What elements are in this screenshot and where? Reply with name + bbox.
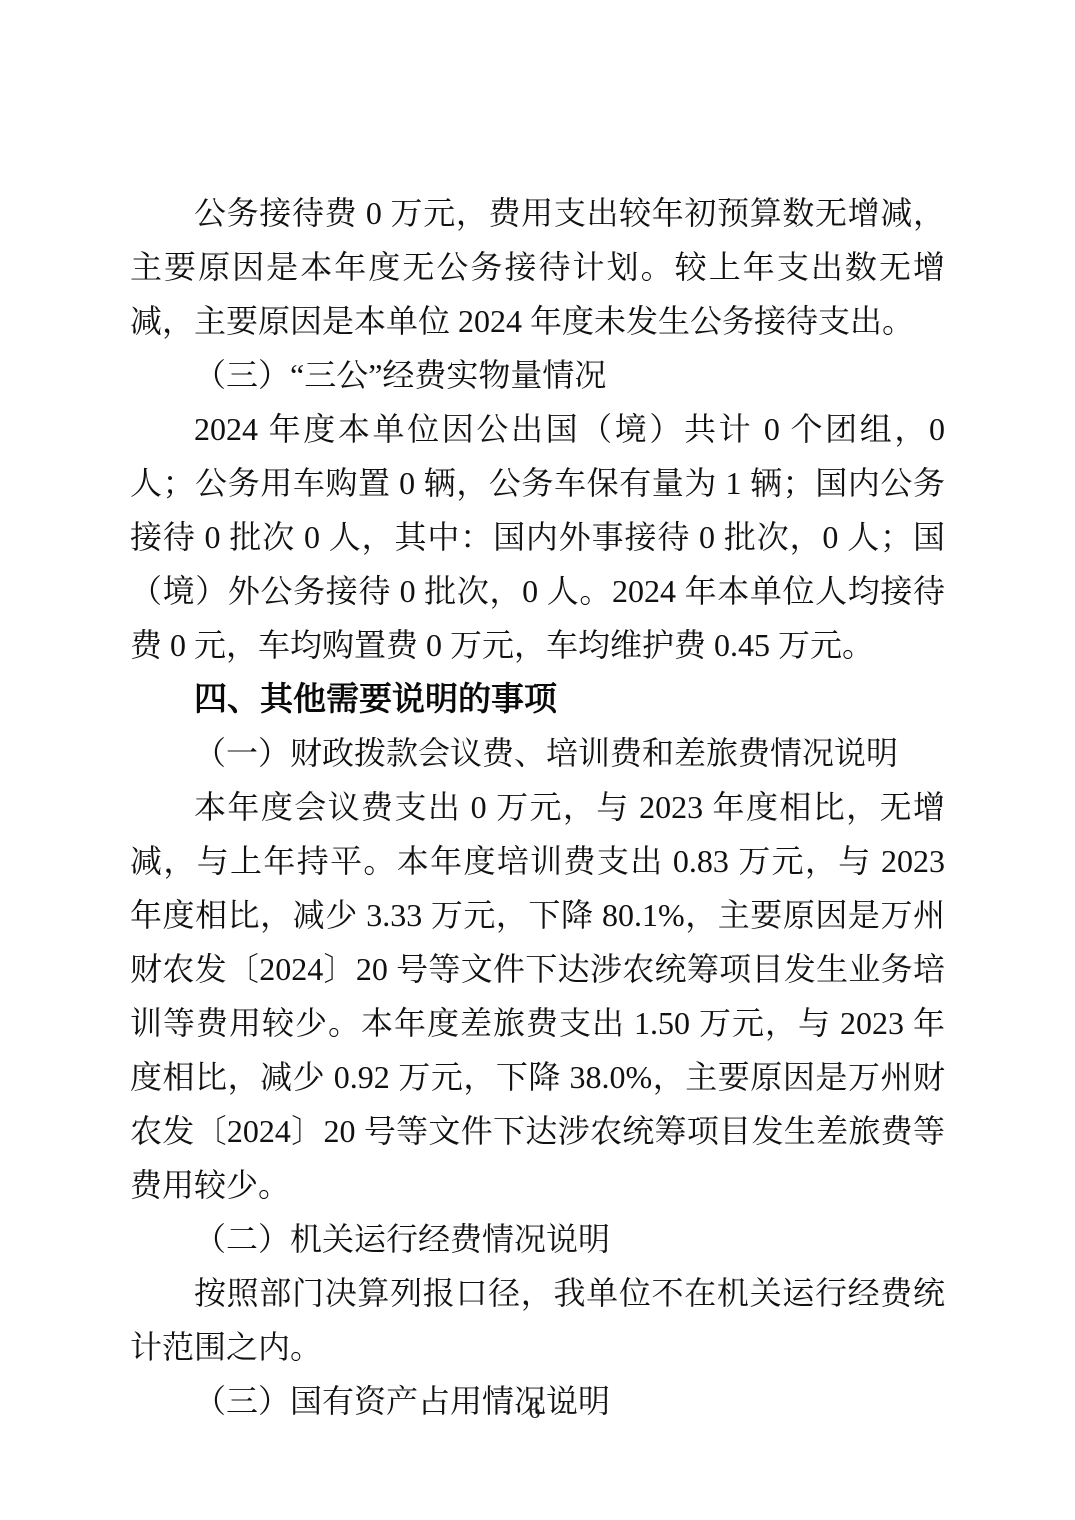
paragraph-official-reception-expense: 公务接待费 0 万元，费用支出较年初预算数无增减，主要原因是本年度无公务接待计划… [130,186,945,348]
paragraph-agency-operating-expense-details: 按照部门决算列报口径，我单位不在机关运行经费统计范围之内。 [130,1266,945,1374]
paragraph-physical-quantity-details: 2024 年度本单位因公出国（境）共计 0 个团组，0 人；公务用车购置 0 辆… [130,402,945,672]
heading-section-four-other-matters: 四、其他需要说明的事项 [130,672,945,726]
document-body: 公务接待费 0 万元，费用支出较年初预算数无增减，主要原因是本年度无公务接待计划… [130,186,945,1428]
heading-agency-operating-expense: （二）机关运行经费情况说明 [130,1212,945,1266]
heading-meeting-training-travel-expense: （一）财政拨款会议费、培训费和差旅费情况说明 [130,726,945,780]
paragraph-meeting-training-travel-details: 本年度会议费支出 0 万元，与 2023 年度相比，无增减，与上年持平。本年度培… [130,780,945,1212]
page-number: - 6 - [0,1398,1075,1425]
heading-three-public-expense-physical-quantity: （三）“三公”经费实物量情况 [130,348,945,402]
document-page: 公务接待费 0 万元，费用支出较年初预算数无增减，主要原因是本年度无公务接待计划… [0,0,1075,1520]
